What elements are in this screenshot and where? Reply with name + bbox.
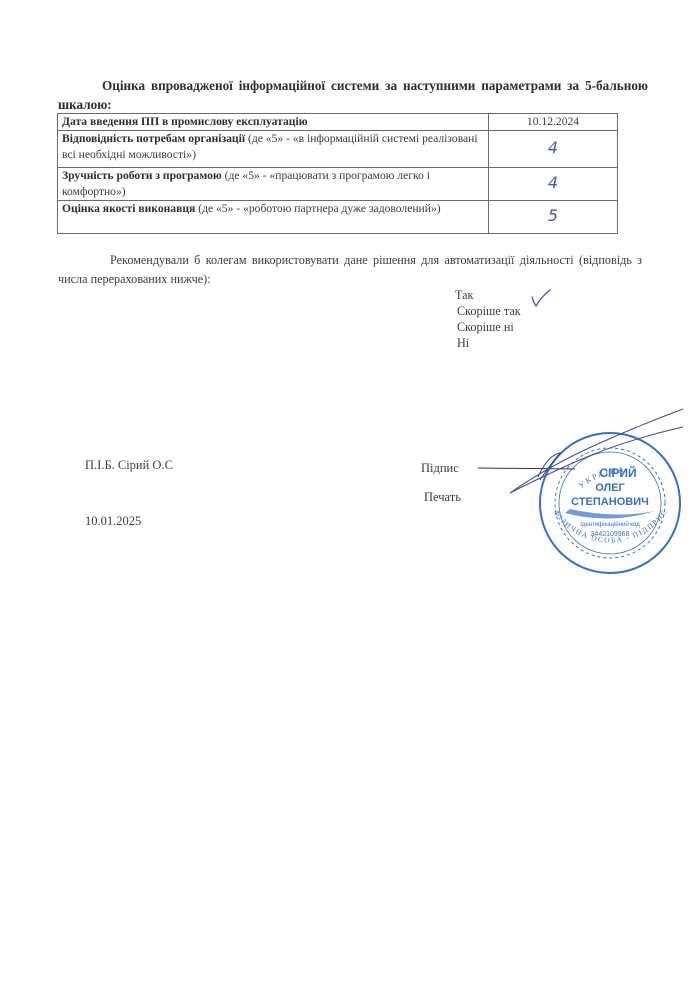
table-row: Оцінка якості виконавця (де «5» - «робот… xyxy=(58,201,618,234)
row-label: Дата введення ПП в промислову експлуатац… xyxy=(58,114,489,131)
full-name: П.І.Б. Сірий О.С xyxy=(85,458,173,473)
table-row: Зручність роботи з програмою (де «5» - «… xyxy=(58,168,618,201)
evaluation-table: Дата введення ПП в промислову експлуатац… xyxy=(57,113,618,234)
handwritten-score: 4 xyxy=(489,131,618,168)
option-no: Ні xyxy=(455,335,521,351)
seal-stamp-icon: СІРИЙ ОЛЕГ СТЕПАНОВИЧ Ідентифікаційний к… xyxy=(400,395,690,595)
recommendation-paragraph: Рекомендували б колегам використовувати … xyxy=(58,251,642,289)
evaluation-heading: Оцінка впровадженої інформаційної систем… xyxy=(58,76,648,114)
svg-text:СТЕПАНОВИЧ: СТЕПАНОВИЧ xyxy=(571,496,649,508)
implementation-date-value: 10.12.2024 xyxy=(489,114,618,131)
row-label: Зручність роботи з програмою (де «5» - «… xyxy=(58,168,489,201)
option-rather-no: Скоріше ні xyxy=(455,319,521,335)
signature-date: 10.01.2025 xyxy=(85,514,141,529)
handwritten-score: 5 xyxy=(489,201,618,234)
row-label: Оцінка якості виконавця (де «5» - «робот… xyxy=(58,201,489,234)
option-yes: Так xyxy=(455,287,521,303)
handwritten-score: 4 xyxy=(489,168,618,201)
table-row: Дата введення ПП в промислову експлуатац… xyxy=(58,114,618,131)
row-label: Відповідність потребам організації (де «… xyxy=(58,131,489,168)
checkmark-icon xyxy=(530,289,552,309)
svg-text:Ідентифікаційний код: Ідентифікаційний код xyxy=(580,521,640,528)
option-rather-yes: Скоріше так xyxy=(455,303,521,319)
svg-text:ОЛЕГ: ОЛЕГ xyxy=(595,482,625,494)
table-row: Відповідність потребам організації (де «… xyxy=(58,131,618,168)
recommendation-options: Так Скоріше так Скоріше ні Ні xyxy=(455,287,521,351)
